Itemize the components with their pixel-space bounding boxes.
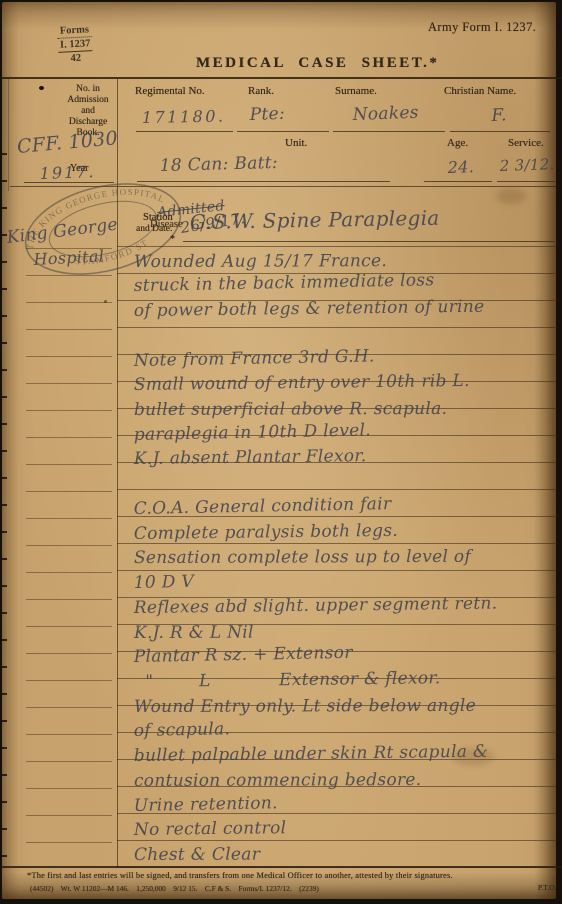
case-notes-area: Wounded Aug 15/17 France. struck in the … <box>117 248 557 891</box>
note-line: struck in the back immediate loss <box>117 273 557 298</box>
note-line-text: Note from France 3rd G.H. <box>134 348 375 372</box>
note-line: Wound Entry only. Lt side below angle <box>117 693 557 718</box>
christian-name-label: Christian Name. <box>444 85 516 97</box>
note-line-text: struck in the back immediate loss <box>134 273 435 298</box>
note-line: Small wound of entry over 10th rib L. <box>117 372 557 397</box>
scanned-medical-case-sheet: { "form": { "corner_stamp": { "line1": "… <box>0 0 562 904</box>
surname-underline <box>333 131 445 132</box>
age-value: 24. <box>447 159 474 176</box>
note-line: of power both legs & retention of urine <box>117 297 557 322</box>
service-underline <box>497 181 555 182</box>
note-line-text: C.O.A. General condition fair <box>134 496 392 520</box>
note-line-text: No rectal control <box>134 820 287 841</box>
ink-dot <box>39 86 44 90</box>
page-title: MEDICAL CASE SHEET.* <box>196 55 439 72</box>
note-line: Reflexes abd slight. upper segment retn. <box>117 594 557 619</box>
surname-value: Noakes <box>352 105 419 124</box>
note-line-text: Wounded Aug 15/17 France. <box>134 253 387 273</box>
year-value: 1917. <box>39 164 95 182</box>
admission-label-line: Discharge <box>52 117 124 128</box>
note-line-text: bullet palpable under skin Rt scapula & <box>134 744 489 767</box>
paper-stain <box>496 188 526 204</box>
note-line: " L Extensor & flexor. <box>117 668 557 693</box>
note-line-text: Complete paralysis both legs. <box>134 522 398 544</box>
note-line-text: Chest & Clear <box>134 847 260 866</box>
admission-label-line: No. in <box>52 84 124 95</box>
unit-label: Unit. <box>285 137 307 149</box>
age-label: Age. <box>447 137 468 149</box>
left-column-ruled-lines <box>26 222 112 868</box>
note-line-text: Reflexes abd slight. upper segment retn. <box>134 595 498 618</box>
note-line: Wounded Aug 15/17 France. <box>117 248 557 273</box>
footer-note: *The first and last entries will be sign… <box>27 871 549 880</box>
note-line-text: Sensation complete loss up to level of <box>134 549 471 569</box>
paper-stain <box>452 748 494 766</box>
note-line-text: Small wound of entry over 10th rib L. <box>134 373 470 396</box>
note-line: K.J. R & L Nil <box>117 619 557 644</box>
note-line <box>117 322 557 347</box>
note-line: No rectal control <box>117 817 557 842</box>
note-line <box>117 470 557 495</box>
note-line: Plantar R sz. + Extensor <box>117 644 557 669</box>
army-form-number: Army Form I. 1237. <box>428 20 536 35</box>
header-top-rule <box>0 77 562 79</box>
regimental-no-label: Regimental No. <box>135 85 205 97</box>
left-edge-rule <box>8 79 9 191</box>
note-line: Note from France 3rd G.H. <box>117 347 557 372</box>
forms-stamp-line3: 42 <box>58 51 93 66</box>
rank-label: Rank. <box>248 85 274 97</box>
note-line: contusion commencing bedsore. <box>117 767 557 792</box>
unit-value: 18 Can: Batt: <box>160 155 279 175</box>
note-line: K.J. absent Plantar Flexor. <box>117 446 557 471</box>
service-label: Service. <box>508 137 544 149</box>
christian-underline <box>450 131 550 132</box>
note-line: Complete paralysis both legs. <box>117 520 557 545</box>
admission-label-line: and <box>52 106 124 117</box>
note-line-text: 10 D V <box>134 574 195 594</box>
note-line-text: Urine retention. <box>134 795 278 817</box>
note-line: C.O.A. General condition fair <box>117 495 557 520</box>
admission-label-line: Admission <box>52 95 124 106</box>
note-line-text: Plantar R sz. + Extensor <box>134 645 353 668</box>
print-code: (44502) Wt. W 11202—M 146. 1,250,000 9/1… <box>30 884 319 893</box>
note-line-text: bullet superficial above R. scapula. <box>134 401 447 421</box>
rank-value: Pte: <box>249 106 285 124</box>
note-line: of scapula. <box>117 718 557 743</box>
note-line: Sensation complete loss up to level of <box>117 545 557 570</box>
note-line: Urine retention. <box>117 792 557 817</box>
pto-label: P.T.O. <box>538 883 556 892</box>
age-underline <box>424 181 492 182</box>
rank-underline <box>237 131 329 132</box>
margin-tick-marks <box>1 128 7 870</box>
ink-speck <box>104 300 107 303</box>
note-line: Chest & Clear <box>117 841 557 866</box>
note-line: paraplegia in 10th D level. <box>117 421 557 446</box>
note-line-text: K.J. R & L Nil <box>134 624 254 643</box>
note-line-text: paraplegia in 10th D level. <box>134 422 372 446</box>
christian-name-value: F. <box>491 107 507 125</box>
regimental-underline <box>136 131 233 132</box>
regimental-no-value: 171180. <box>142 109 226 126</box>
forms-number-stamp: Forms I. 1237 42 <box>57 23 93 66</box>
service-value: 2 3/12. <box>499 157 554 174</box>
surname-label: Surname. <box>335 85 377 97</box>
note-line: bullet superficial above R. scapula. <box>117 396 557 421</box>
note-line-text: Wound Entry only. Lt side below angle <box>134 697 476 717</box>
note-line-text: contusion commencing bedsore. <box>134 772 422 792</box>
note-line-text: " L Extensor & flexor. <box>134 670 441 693</box>
note-line-text: of power both legs & retention of urine <box>134 299 485 322</box>
note-line: 10 D V <box>117 569 557 594</box>
note-line-text: K.J. absent Plantar Flexor. <box>134 449 367 471</box>
note-line-text: of scapula. <box>134 722 231 743</box>
